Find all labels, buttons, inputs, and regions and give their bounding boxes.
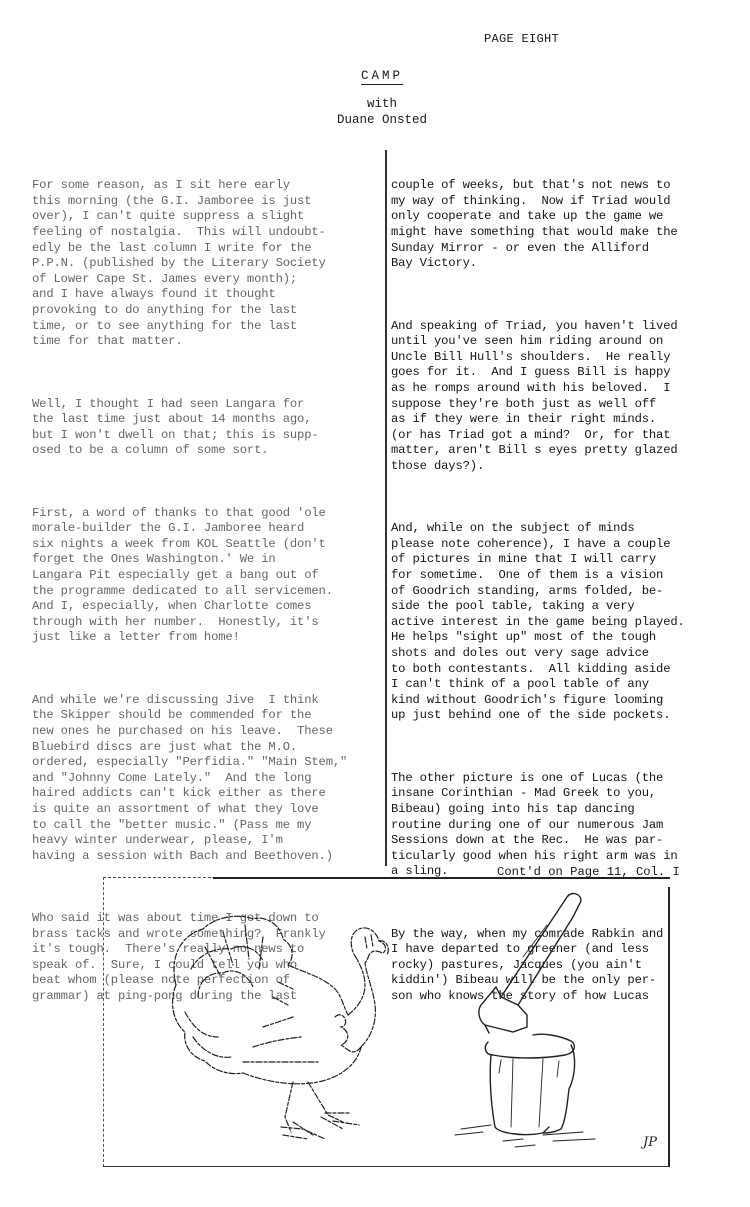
byline: with Duane Onsted	[0, 96, 750, 128]
paragraph: couple of weeks, but that's not news to …	[391, 178, 685, 272]
paragraph: First, a word of thanks to that good 'ol…	[32, 506, 347, 646]
artist-signature: JP	[643, 1135, 657, 1150]
axe-in-block-icon	[455, 894, 595, 1147]
page-number: PAGE EIGHT	[484, 32, 559, 46]
turkey-drawing-icon	[173, 916, 389, 1139]
paragraph: Well, I thought I had seen Langara for t…	[32, 397, 347, 459]
illustration-panel: JP	[103, 877, 670, 1167]
paragraph: And while we're discussing Jive I think …	[32, 693, 347, 865]
column-divider	[385, 150, 387, 866]
column-title-text: CAMP	[361, 69, 403, 85]
byline-author: Duane Onsted	[14, 112, 750, 128]
paragraph: For some reason, as I sit here early thi…	[32, 178, 347, 350]
column-title: CAMP	[0, 66, 750, 84]
byline-with: with	[14, 96, 750, 112]
illustration-drawings	[103, 877, 670, 1167]
paragraph: The other picture is one of Lucas (the i…	[391, 771, 685, 880]
paragraph: And speaking of Triad, you haven't lived…	[391, 319, 685, 475]
paragraph: And, while on the subject of minds pleas…	[391, 521, 685, 724]
